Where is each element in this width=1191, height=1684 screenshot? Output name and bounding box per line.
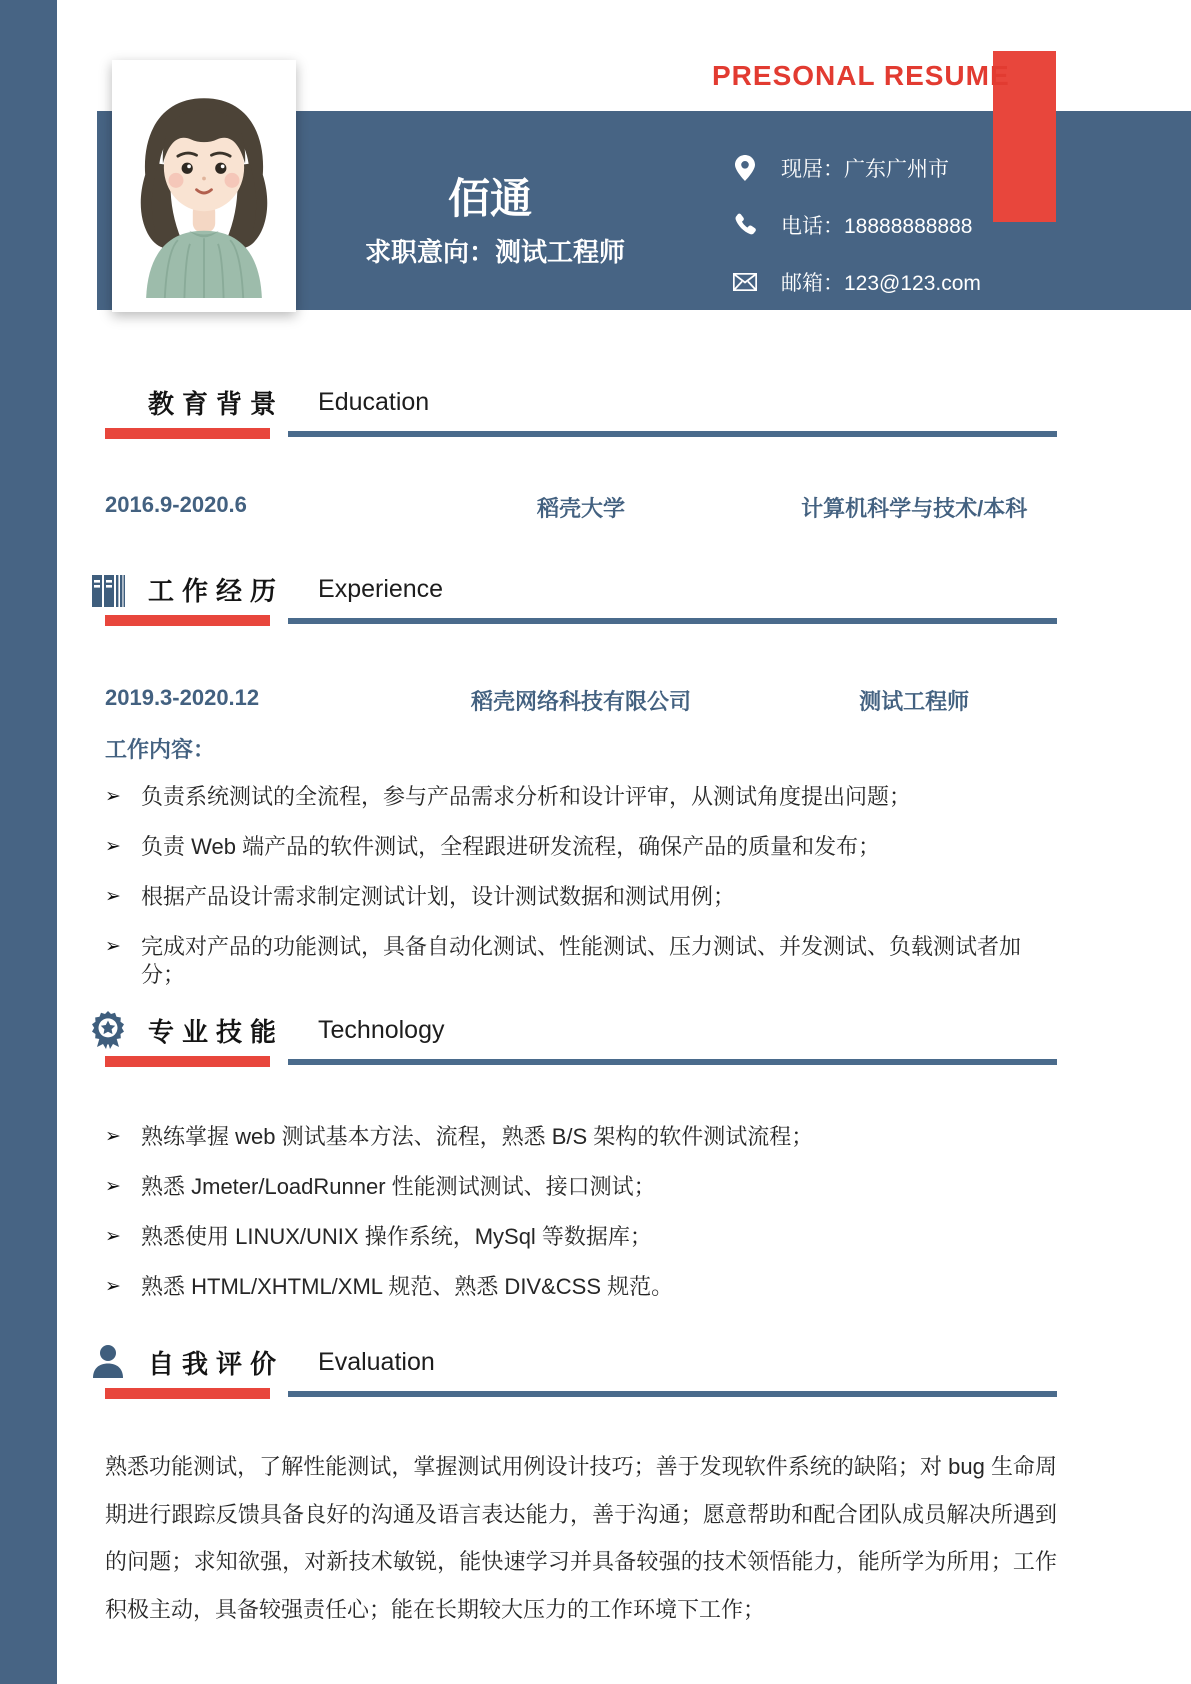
list-item: ➢ 熟悉使用 LINUX/UNIX 操作系统，MySql 等数据库； [105,1215,1057,1265]
work-content-label: 工作内容： [105,733,215,764]
section-evaluation-header: 自我评价 Evaluation [90,1343,1057,1381]
contact-row-location: 现居：广东广州市 [733,139,981,196]
brand-title: PRESONAL RESUME [712,60,1010,92]
arrow-bullet-icon: ➢ [105,783,141,811]
list-item: ➢ 完成对产品的功能测试，具备自动化测试、性能测试、压力测试、并发测试、负载测试… [105,925,1057,975]
profile-photo [112,60,296,312]
section-title-en: Education [318,388,429,417]
section-skills: 专业技能 Technology [105,1011,1057,1067]
experience-bullet: 根据产品设计需求制定测试计划，设计测试数据和测试用例； [141,883,735,911]
experience-period: 2019.3-2020.12 [105,685,391,716]
section-title-en: Experience [318,575,443,604]
resume-page: PRESONAL RESUME [0,0,1191,1684]
skill-bullet: 熟悉 HTML/XHTML/XML 规范、熟悉 DIV&CSS 规范。 [141,1273,673,1301]
section-evaluation: 自我评价 Evaluation [105,1343,1057,1399]
contact-row-mail: 邮箱：123@123.com [733,253,981,310]
avatar-illustration [120,68,288,304]
list-item: ➢ 负责 Web 端产品的软件测试，全程跟进研发流程，确保产品的质量和发布； [105,825,1057,875]
list-item: ➢ 熟练掌握 web 测试基本方法、流程，熟悉 B/S 架构的软件测试流程； [105,1115,1057,1165]
section-experience-header: 工作经历 Experience [90,570,1057,608]
experience-entry-row: 2019.3-2020.12 稻壳网络科技有限公司 测试工程师 [105,685,1057,716]
red-underline-bar [105,1056,270,1067]
experience-company: 稻壳网络科技有限公司 [391,685,772,716]
left-accent-strip [0,0,57,1684]
red-underline-bar [105,615,270,626]
evaluation-paragraph: 熟悉功能测试，了解性能测试，掌握测试用例设计技巧；善于发现软件系统的缺陷；对 b… [105,1443,1057,1633]
education-entry-row: 2016.9-2020.6 稻壳大学 计算机科学与技术/本科 [105,492,1057,523]
arrow-bullet-icon: ➢ [105,1273,141,1301]
experience-bullet: 负责系统测试的全流程，参与产品需求分析和设计评审，从测试角度提出问题； [141,783,911,811]
books-icon [90,571,126,607]
section-experience: 工作经历 Experience [105,570,1057,626]
arrow-bullet-icon: ➢ [105,1123,141,1151]
phone-icon [733,213,757,237]
section-title-zh: 教育背景 [148,384,284,421]
education-school: 稻壳大学 [391,492,772,523]
arrow-bullet-icon: ➢ [105,933,141,961]
blue-rule-line [288,1059,1057,1065]
section-title-en: Technology [318,1016,444,1045]
experience-bullet-list: ➢ 负责系统测试的全流程，参与产品需求分析和设计评审，从测试角度提出问题； ➢ … [105,775,1057,975]
mail-icon [733,273,757,291]
blue-rule-line [288,431,1057,437]
skills-bullet-list: ➢ 熟练掌握 web 测试基本方法、流程，熟悉 B/S 架构的软件测试流程； ➢… [105,1115,1057,1315]
contact-phone: 电话：18888888888 [781,210,972,240]
arrow-bullet-icon: ➢ [105,883,141,911]
list-item: ➢ 熟悉 HTML/XHTML/XML 规范、熟悉 DIV&CSS 规范。 [105,1265,1057,1315]
section-rule [105,1056,1057,1067]
section-rule [105,428,1057,439]
section-skills-header: 专业技能 Technology [90,1011,1057,1049]
section-rule [105,1388,1057,1399]
arrow-bullet-icon: ➢ [105,1173,141,1201]
contact-location: 现居：广东广州市 [781,153,949,183]
contact-row-phone: 电话：18888888888 [733,196,981,253]
person-icon [90,1344,126,1380]
list-item: ➢ 根据产品设计需求制定测试计划，设计测试数据和测试用例； [105,875,1057,925]
skill-bullet: 熟悉 Jmeter/LoadRunner 性能测试测试、接口测试； [141,1173,656,1201]
medal-icon [90,1012,126,1048]
section-rule [105,615,1057,626]
blue-rule-line [288,1391,1057,1397]
location-pin-icon [733,155,757,181]
section-education-header: 教育背景 Education [90,383,1057,421]
section-title-zh: 自我评价 [148,1344,284,1381]
red-underline-bar [105,1388,270,1399]
skill-bullet: 熟悉使用 LINUX/UNIX 操作系统，MySql 等数据库； [141,1223,652,1251]
candidate-name: 佰通 [390,166,590,226]
education-period: 2016.9-2020.6 [105,492,391,523]
experience-bullet: 完成对产品的功能测试，具备自动化测试、性能测试、压力测试、并发测试、负载测试者加… [141,933,1057,989]
arrow-bullet-icon: ➢ [105,1223,141,1251]
job-objective: 求职意向：测试工程师 [330,232,660,269]
contact-block: 现居：广东广州市 电话：18888888888 邮箱：123@123.com [733,139,981,310]
list-item: ➢ 熟悉 Jmeter/LoadRunner 性能测试测试、接口测试； [105,1165,1057,1215]
section-title-zh: 工作经历 [148,571,284,608]
section-education: 教育背景 Education [105,383,1057,439]
skill-bullet: 熟练掌握 web 测试基本方法、流程，熟悉 B/S 架构的软件测试流程； [141,1123,813,1151]
blue-rule-line [288,618,1057,624]
education-major: 计算机科学与技术/本科 [771,492,1057,523]
grid-icon [90,384,126,420]
red-underline-bar [105,428,270,439]
list-item: ➢ 负责系统测试的全流程，参与产品需求分析和设计评审，从测试角度提出问题； [105,775,1057,825]
section-title-zh: 专业技能 [148,1012,284,1049]
arrow-bullet-icon: ➢ [105,833,141,861]
contact-email: 邮箱：123@123.com [781,267,981,297]
section-title-en: Evaluation [318,1348,435,1377]
experience-role: 测试工程师 [771,685,1057,716]
experience-bullet: 负责 Web 端产品的软件测试，全程跟进研发流程，确保产品的质量和发布； [141,833,880,861]
